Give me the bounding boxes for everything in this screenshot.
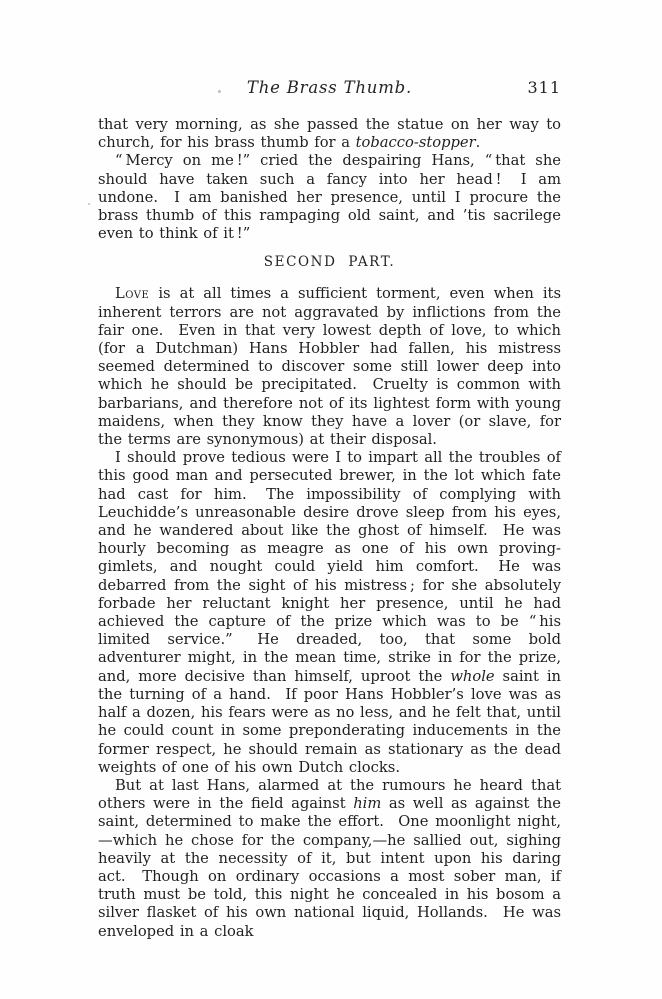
paragraph: I should prove tedious were I to impart … <box>98 449 561 777</box>
text-run-smallcaps: Love <box>115 285 149 302</box>
text-run: as well as against the saint, determined… <box>98 795 561 939</box>
page-title: The Brass Thumb. <box>98 78 561 97</box>
text-run: is at all times a sufficient torment, ev… <box>98 285 561 448</box>
text-column: The Brass Thumb. 311 that very morning, … <box>98 78 561 941</box>
running-header: The Brass Thumb. 311 <box>98 78 561 99</box>
second-part-paragraphs: Love is at all times a sufficient tormen… <box>98 285 561 940</box>
section-heading: SECOND PART. <box>98 254 561 270</box>
text-run: “ Mercy on me !” cried the despairing Ha… <box>98 152 561 242</box>
text-run-italic: tobacco-stopper <box>356 134 476 151</box>
text-run: . <box>476 134 481 151</box>
text-run-italic: him <box>353 795 381 812</box>
text-run-italic: whole <box>450 668 494 685</box>
paragraph: “ Mercy on me !” cried the despairing Ha… <box>98 152 561 243</box>
book-page: The Brass Thumb. 311 that very morning, … <box>0 0 662 999</box>
intro-paragraphs: that very morning, as she passed the sta… <box>98 116 561 243</box>
text-run: that very morning, as she passed the sta… <box>98 116 561 151</box>
paragraph: But at last Hans, alarmed at the rumours… <box>98 777 561 941</box>
paragraph: Love is at all times a sufficient tormen… <box>98 285 561 449</box>
page-number: 311 <box>527 78 561 97</box>
scan-speck <box>88 203 90 205</box>
text-run: I should prove tedious were I to impart … <box>98 449 561 684</box>
paragraph: that very morning, as she passed the sta… <box>98 116 561 152</box>
